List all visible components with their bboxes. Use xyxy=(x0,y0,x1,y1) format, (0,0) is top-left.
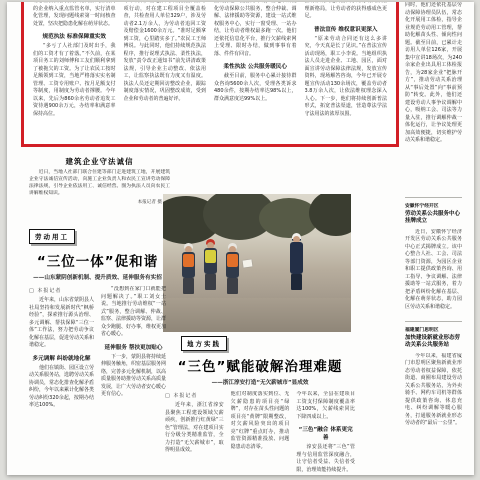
center-article-col2: 他们对制度落实到位、无欠薪隐患的项目亮“绿牌”，对存在苗头性问题的项目亮“黄牌”… xyxy=(231,391,290,475)
center-article-paragraph: 淳安县还将“三色”管理与信用监管深度融合，让守信者受益、失信者受限，治理效能持续… xyxy=(296,444,355,474)
lead-col4-paragraph: “原来劳动合同还有这么多讲究，今天真是长了见识。”在普法宣传活动现场，职工小李说… xyxy=(305,36,388,119)
lead-column-4: 推动形成共建共治共享的劳动关系治理新格局，让劳动者的获得感成色更足。 普法宣传 … xyxy=(305,2,388,138)
right-column-continuation-text: 同时，他们还依托基层劳动保障协理员队伍，常态化开展用工体检，指导企业规范劳动用工… xyxy=(405,2,462,194)
lead-column-1: 动态监测预警机制，将欠薪风险较高的企业纳入重点监管名单，实行清单化管理，发现问题… xyxy=(33,2,116,138)
photo-worker-1 xyxy=(181,242,196,298)
lead-col4-subheading: 普法宣传 维权意识更深入 xyxy=(305,25,388,33)
lead-col2-paragraph: 今年以来，当地深入开展根治欠薪专项行动，对在建工程项目全覆盖检查，共检查用人单位… xyxy=(124,2,207,103)
lead-col3-subheading: 柔性执法 公共服务暖民心 xyxy=(214,62,297,70)
lead-col3-paragraph: 围绕打造一流营商环境，当地不断优化劳动保障公共服务，整合仲裁、调解、法律援助等资… xyxy=(214,2,297,58)
lead-article-red-box: 动态监测预警机制，将欠薪风险较高的企业纳入重点监管名单，实行清单化管理，发现问题… xyxy=(21,2,399,147)
center-article-subtitle: ——浙江淳安打造“无欠薪城市”显成效 xyxy=(165,378,355,386)
left-article-headline: “三位一体”促和谐 xyxy=(29,250,166,270)
worker-legs xyxy=(227,278,238,294)
photo-documents xyxy=(243,259,253,267)
right-article1-paragraph: 近日，安徽怀宁经济开发区劳动关系公共服务中心正式揭牌成立。该中心整合人社、工会、… xyxy=(405,229,462,312)
left-article-paragraph: 他们在镇街、园区设立劳动关系服务站，选聘劳动关系协调员，常态化排查化解矛盾纠纷，… xyxy=(29,365,94,410)
left-featured-article: 劳动用工 “三位一体”促和谐 ——山东蒙阴创新机制、提升质效、延伸服务有实招 □… xyxy=(29,224,166,472)
yellow-vest xyxy=(205,250,216,263)
worker-legs xyxy=(205,274,216,290)
center-article-col1: □ 本报记者 近年来，浙江省淳安县聚焦工程建设领域欠薪顽疾，创新推行红黄绿“三色… xyxy=(165,391,224,475)
left-article-subheading: 延伸服务 帮扶更加贴心 xyxy=(101,343,166,351)
officer-legs xyxy=(291,274,302,290)
right-article-siming: 福建厦门思明区 加快建设新就业形态劳动关系公共服务站 今年以来，福建省厦门市思明… xyxy=(405,321,462,453)
center-article-columns: □ 本报记者 近年来，浙江省淳安县聚焦工程建设领域欠薪顽疾，创新推行红黄绿“三色… xyxy=(165,391,355,475)
center-article-paragraph: 他们对制度落实到位、无欠薪隐患的项目亮“绿牌”，对存在苗头性问题的项目亮“黄牌”… xyxy=(231,391,290,451)
lead-col1-subheading: 规范执法 标准保障重实效 xyxy=(33,32,116,40)
lead-col3-paragraph: 截至目前，服务中心累计接待群众咨询5600余人次，受理各类诉求480余件，按期办… xyxy=(214,73,297,103)
lead-col4-paragraph: 推动形成共建共治共享的劳动关系治理新格局，让劳动者的获得感成色更足。 xyxy=(305,2,388,21)
photo-worker-2 xyxy=(203,238,218,296)
center-featured-article: 地方实践 “三色”赋能破解治理难题 ——浙江淳安打造“无欠薪城市”显成效 □ 本… xyxy=(165,331,355,475)
left-article-col2: “没想到在家门口就能把问题解决了。”职工刘女士说。当地推行劳动维权“一站式”服务… xyxy=(101,286,166,464)
right-article1-region: 安徽怀宁经开区 xyxy=(405,202,462,209)
right-article-huaining: 安徽怀宁经开区 劳动关系公共服务中心挂牌成立 近日，安徽怀宁经济开发区劳动关系公… xyxy=(405,197,462,317)
officer-uniform xyxy=(290,242,303,274)
right-column-paragraph: 同时，他们还依托基层劳动保障协理员队伍，常态化开展用工体检，指导企业规范劳动用工… xyxy=(405,2,462,145)
left-article-columns: □ 本报记者 近年来，山东省蒙阴县人社局坚持和发展新时代“枫桥经验”，探索推行源… xyxy=(29,286,166,464)
photo-caption-box: 建筑企业守法诚信 近日，当地人社部门联合住建等部门走进建筑工地，开展建筑企业守法… xyxy=(29,154,170,210)
photo-tree-canopy xyxy=(309,194,351,236)
center-article-col3: 今年以来，全县在建项目工资支付保障制度覆盖率达100%，欠薪线索同比下降四成以上… xyxy=(296,391,355,475)
left-article-subtitle: ——山东蒙阴创新机制、提升质效、延伸服务有实招 xyxy=(29,273,166,281)
caption-title: 建筑企业守法诚信 xyxy=(29,156,170,167)
left-article-paragraph: 近年来，山东省蒙阴县人社局坚持和发展新时代“枫桥经验”，探索推行源头治理、多元调… xyxy=(29,297,94,350)
newspaper-page-canvas: { "colors": { "accent_red": "#d21f26", "… xyxy=(0,0,480,480)
lead-col1-paragraph: “多亏了人社部门及时出手，我们的工资才有了着落。”不久前，在某项目务工的刘师傅和… xyxy=(33,43,116,118)
lead-column-3: 围绕打造一流营商环境，当地不断优化劳动保障公共服务，整合仲裁、调解、法律援助等资… xyxy=(214,2,297,138)
center-article-byline: □ 本报记者 xyxy=(165,392,224,399)
center-article-subheading: “三色”融合 体系更完善 xyxy=(296,425,355,441)
center-article-headline: “三色”赋能破解治理难题 xyxy=(165,355,355,375)
center-article-paragraph: 近年来，浙江省淳安县聚焦工程建设领域欠薪顽疾，创新推行红黄绿“三色”管理法，对在… xyxy=(165,402,224,455)
caption-byline: 本报记者 摄 xyxy=(29,199,170,205)
right-article2-body: 今年以来，福建省厦门市思明区聚焦新就业形态劳动者权益保障，依托街道、商圈布局建设… xyxy=(405,353,462,453)
newspaper-page: 动态监测预警机制，将欠薪风险较高的企业纳入重点监管名单，实行清单化管理，发现问题… xyxy=(7,2,474,475)
right-news-column: 同时，他们还依托基层劳动保障协理员队伍，常态化开展用工体检，指导企业规范劳动用工… xyxy=(405,2,462,471)
right-article2-paragraph: 今年以来，福建省厦门市思明区聚焦新就业形态劳动者权益保障，依托街道、商圈布局建设… xyxy=(405,353,462,428)
worker-legs xyxy=(183,278,194,294)
orange-vest xyxy=(183,254,194,267)
left-article-col1: □ 本报记者 近年来，山东省蒙阴县人社局坚持和发展新时代“枫桥经验”，探索推行源… xyxy=(29,286,94,464)
right-article1-title: 劳动关系公共服务中心挂牌成立 xyxy=(405,211,462,226)
right-article2-title: 加快建设新就业形态劳动关系公共服务站 xyxy=(405,335,462,350)
right-article2-region: 福建厦门思明区 xyxy=(405,326,462,333)
left-article-paragraph: “没想到在家门口就能把问题解决了。”职工刘女士说。当地推行劳动维权“一站式”服务… xyxy=(101,286,166,339)
left-article-byline: □ 本报记者 xyxy=(29,287,94,294)
photo-worker-3 xyxy=(225,242,240,298)
column-label-difangshijian: 地方实践 xyxy=(181,336,227,351)
center-article-paragraph: 今年以来，全县在建项目工资支付保障制度覆盖率达100%，欠薪线索同比下降四成以上… xyxy=(296,391,355,421)
lead-column-2: 今年以来，当地深入开展根治欠薪专项行动，对在建工程项目全覆盖检查，共检查用人单位… xyxy=(124,2,207,138)
right-article1-body: 近日，安徽怀宁经济开发区劳动关系公共服务中心正式揭牌成立。该中心整合人社、工会、… xyxy=(405,229,462,317)
left-article-subheading: 多元调解 纠纷就地化解 xyxy=(29,354,94,362)
column-label-laodongyonggong: 劳动用工 xyxy=(29,229,75,244)
caption-body: 近日，当地人社部门联合住建等部门走进建筑工地，开展建筑企业守法诚信宣传活动，向施… xyxy=(29,170,170,198)
orange-vest xyxy=(227,254,238,267)
photo-ground xyxy=(163,298,351,332)
lead-col1-paragraph: 动态监测预警机制，将欠薪风险较高的企业纳入重点监管名单，实行清单化管理，发现问题… xyxy=(33,2,116,28)
photo-officer xyxy=(289,232,306,298)
news-photo xyxy=(163,194,351,332)
left-article-paragraph: 下一步，蒙阴县将持续延伸服务触角，织密基层服务网络，完善多元化解机制，以高质量服… xyxy=(101,354,166,399)
